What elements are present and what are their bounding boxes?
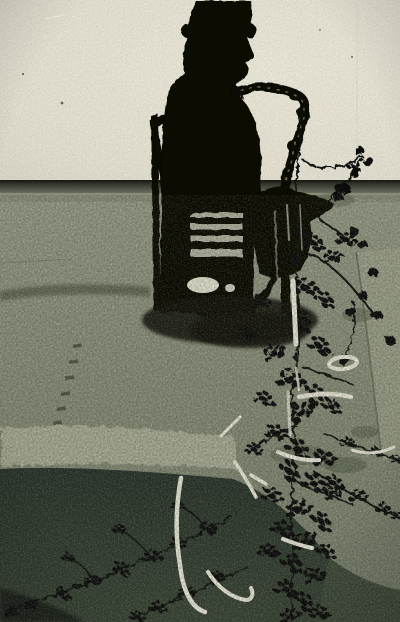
photograph bbox=[0, 0, 400, 622]
vignette bbox=[0, 0, 400, 622]
